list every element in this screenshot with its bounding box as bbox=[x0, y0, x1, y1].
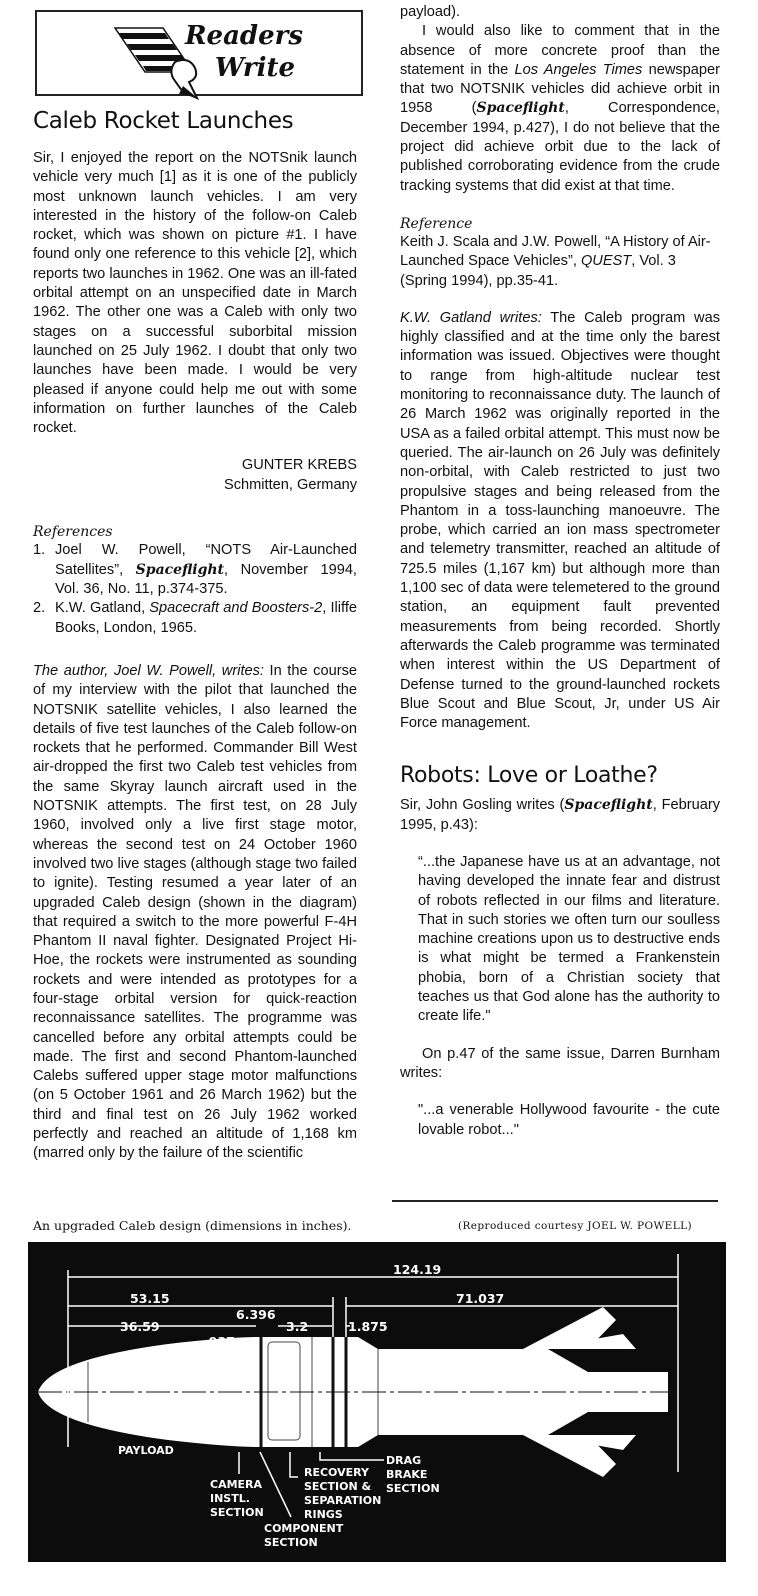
dimension-71-037: 71.037 bbox=[456, 1291, 504, 1306]
label-camera-section: CAMERA INSTL. SECTION bbox=[210, 1478, 266, 1519]
figure-caption: An upgraded Caleb design (dimensions in … bbox=[33, 1218, 351, 1233]
reference-heading: Reference bbox=[400, 215, 720, 233]
reference-entry: Keith J. Scala and J.W. Powell, “A Histo… bbox=[400, 233, 720, 291]
dimension-overall-length: 124.19 bbox=[393, 1262, 441, 1277]
reference-item: 2.K.W. Gatland, Spacecraft and Boosters-… bbox=[33, 599, 357, 638]
reference-number: 1. bbox=[33, 541, 45, 560]
intro-text: Sir, John Gosling writes ( bbox=[400, 797, 564, 813]
label-component-section: COMPONENT SECTION bbox=[264, 1522, 347, 1549]
powell-reply-text: In the course of my interview with the p… bbox=[33, 663, 357, 1161]
masthead-title: Readers Write bbox=[185, 20, 303, 84]
readers-write-masthead: Readers Write bbox=[35, 10, 363, 96]
dimension-3-2: 3.2 bbox=[286, 1319, 308, 1334]
masthead-line1: Readers bbox=[185, 21, 303, 51]
column-divider-rule bbox=[392, 1200, 718, 1202]
gosling-quote: “...the Japanese have us at an advantage… bbox=[400, 853, 720, 1027]
left-column: Sir, I enjoyed the report on the NOTSnik… bbox=[33, 149, 357, 1164]
caleb-article-title: Caleb Rocket Launches bbox=[33, 108, 293, 134]
references-list: 1.Joel W. Powell, “NOTS Air-Launched Sat… bbox=[33, 541, 357, 637]
powell-comment: I would also like to comment that in the… bbox=[400, 22, 720, 196]
label-drag-brake-section: DRAG BRAKE SECTION bbox=[386, 1454, 440, 1495]
right-column: payload). I would also like to comment t… bbox=[400, 3, 720, 1140]
krebs-letter: Sir, I enjoyed the report on the NOTSnik… bbox=[33, 149, 357, 438]
reference-publication: QUEST bbox=[581, 253, 631, 269]
reference-publication: Spaceflight bbox=[136, 562, 224, 578]
gatland-reply: K.W. Gatland writes: The Caleb program w… bbox=[400, 309, 720, 734]
robots-article-title: Robots: Love or Loathe? bbox=[400, 763, 720, 788]
reference-text: K.W. Gatland, bbox=[55, 600, 149, 616]
reference-publication: Spacecraft and Boosters-2 bbox=[149, 600, 322, 616]
letter-signature: GUNTER KREBS Schmitten, Germany bbox=[33, 456, 357, 495]
label-payload: PAYLOAD bbox=[118, 1444, 174, 1457]
reference-item: 1.Joel W. Powell, “NOTS Air-Launched Sat… bbox=[33, 541, 357, 599]
label-recovery-section: RECOVERY SECTION & SEPARATION RINGS bbox=[304, 1466, 385, 1521]
burnham-quote: "...a venerable Hollywood favourite - th… bbox=[400, 1101, 720, 1140]
dimension-0-937: .937 bbox=[204, 1334, 235, 1349]
signature-place: Schmitten, Germany bbox=[33, 476, 357, 496]
comment-newspaper: Los Angeles Times bbox=[515, 62, 643, 78]
robots-intro: Sir, John Gosling writes (Spaceflight, F… bbox=[400, 796, 720, 835]
references-heading: References bbox=[33, 523, 357, 541]
powell-reply-lead: The author, Joel W. Powell, writes: bbox=[33, 663, 264, 679]
burnham-intro: On p.47 of the same issue, Darren Burnha… bbox=[400, 1045, 720, 1084]
intro-publication: Spaceflight bbox=[564, 797, 652, 813]
dimension-1-875: 1.875 bbox=[348, 1319, 388, 1334]
reference-number: 2. bbox=[33, 599, 45, 618]
caleb-rocket-diagram: 124.19 53.15 71.037 36.59 6.396 3.2 1.87… bbox=[28, 1242, 726, 1562]
powell-reply-continued: payload). bbox=[400, 3, 720, 22]
gatland-reply-text: The Caleb program was highly classified … bbox=[400, 310, 720, 731]
powell-reply: The author, Joel W. Powell, writes: In t… bbox=[33, 662, 357, 1164]
rocket-schematic: 124.19 53.15 71.037 36.59 6.396 3.2 1.87… bbox=[28, 1242, 726, 1562]
figure-credit: (Reproduced courtesy JOEL W. POWELL) bbox=[458, 1220, 692, 1232]
dimension-53-15: 53.15 bbox=[130, 1291, 170, 1306]
masthead-line2: Write bbox=[185, 52, 303, 84]
gatland-reply-lead: K.W. Gatland writes: bbox=[400, 310, 542, 326]
dimension-36-59: 36.59 bbox=[120, 1319, 160, 1334]
signature-name: GUNTER KREBS bbox=[33, 456, 357, 476]
comment-publication: Spaceflight bbox=[476, 100, 564, 116]
dimension-6-396: 6.396 bbox=[236, 1307, 276, 1322]
